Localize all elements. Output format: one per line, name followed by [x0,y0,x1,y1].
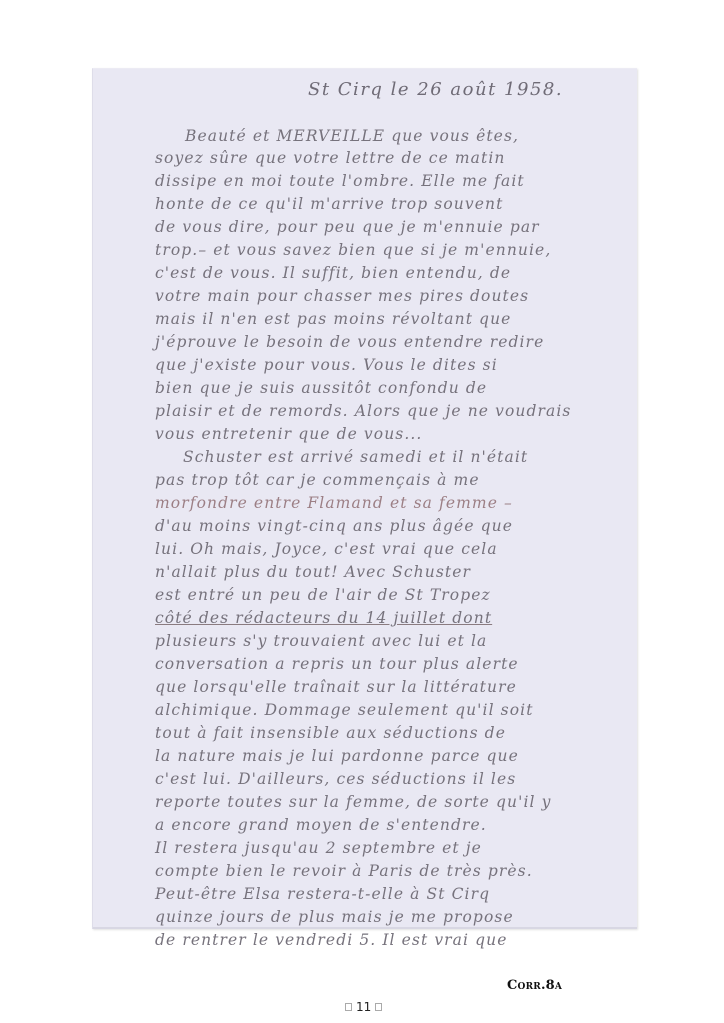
letter-line: lui. Oh mais, Joyce, c'est vrai que cela [155,540,498,558]
letter-line: que j'existe pour vous. Vous le dites si [155,356,498,374]
letter-line: quinze jours de plus mais je me propose [155,908,514,926]
missing-glyph-box-icon [375,1003,382,1011]
page-number-value: 11 [356,1000,371,1014]
letter-line: est entré un peu de l'air de St Tropez [155,586,491,604]
letter-line: tout à fait insensible aux séductions de [155,724,506,742]
letter-line: reporte toutes sur la femme, de sorte qu… [155,793,551,811]
letter-line: Schuster est arrivé samedi et il n'était [183,448,528,466]
letter-line: alchimique. Dommage seulement qu'il soit [155,701,534,719]
letter-line: c'est lui. D'ailleurs, ces séductions il… [155,770,516,788]
letter-line: bien que je suis aussitôt confondu de [155,379,487,397]
letter-line: j'éprouve le besoin de vous entendre red… [155,333,544,351]
letter-line: morfondre entre Flamand et sa femme – [155,494,513,512]
letter-line: a encore grand moyen de s'entendre. [155,816,487,834]
letter-line: conversation a repris un tour plus alert… [155,655,519,673]
letter-line: pas trop tôt car je commençais à me [155,471,480,489]
letter-line: plaisir et de remords. Alors que je ne v… [155,402,571,420]
document-reference: Corr.8a [507,978,562,993]
missing-glyph-box-icon [345,1003,352,1011]
letter-line: Peut-être Elsa restera-t-elle à St Cirq [155,885,490,903]
letter-line: plusieurs s'y trouvaient avec lui et la [155,632,487,650]
letter-line: vous entretenir que de vous... [155,425,422,443]
letter-line: Il restera jusqu'au 2 septembre et je [155,839,482,857]
letter-scan: St Cirq le 26 août 1958. Beauté et MERVE… [92,68,637,929]
letter-line: dissipe en moi toute l'ombre. Elle me fa… [155,172,525,190]
letter-line: compte bien le revoir à Paris de très pr… [155,862,533,880]
letter-line: la nature mais je lui pardonne parce que [155,747,519,765]
letter-line: Beauté et MERVEILLE que vous êtes, [185,127,519,145]
letter-line: n'allait plus du tout! Avec Schuster [155,563,471,581]
page-number: 11 [345,1000,382,1014]
letter-line: mais il n'en est pas moins révoltant que [155,310,511,328]
letter-line: votre main pour chasser mes pires doutes [155,287,529,305]
letter-line: honte de ce qu'il m'arrive trop souvent [155,195,503,213]
letter-line: de rentrer le vendredi 5. Il est vrai qu… [155,931,508,949]
letter-line: d'au moins vingt-cinq ans plus âgée que [155,517,513,535]
letter-line: trop.– et vous savez bien que si je m'en… [155,241,551,259]
letter-line: de vous dire, pour peu que je m'ennuie p… [155,218,540,236]
letter-line: c'est de vous. Il suffit, bien entendu, … [155,264,511,282]
letter-line: que lorsqu'elle traînait sur la littérat… [155,678,517,696]
letter-line: soyez sûre que votre lettre de ce matin [155,149,506,167]
letter-line: côté des rédacteurs du 14 juillet dont [155,609,492,627]
letter-date: St Cirq le 26 août 1958. [308,79,563,100]
